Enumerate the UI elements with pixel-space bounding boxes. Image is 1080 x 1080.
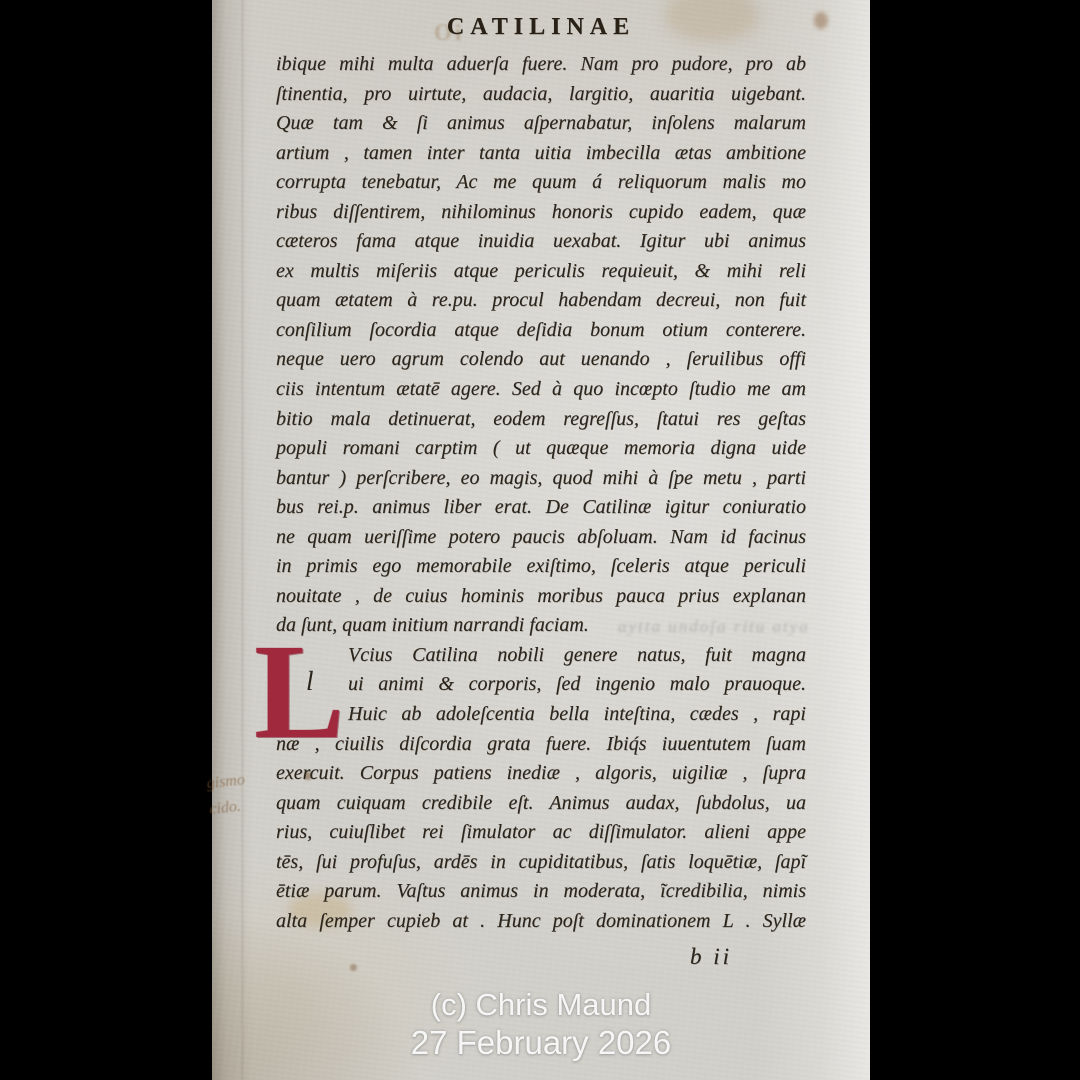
watermark-credit: (c) Chris Maund [212, 987, 870, 1023]
manuscript-marginalia: gismo cido. [205, 765, 270, 823]
text-line: conſilium ſocordia atque deſidia bonum o… [276, 316, 806, 346]
text-line: næ , ciuilis diſcordia grata fuere. Ibiq… [276, 730, 806, 760]
watermark-date: 27 February 2026 [212, 1023, 870, 1063]
showthrough-text: aytta undoſa ritu atya [618, 617, 848, 637]
text-line: ētiæ parum. Vaſtus animus in moderata, ĩ… [276, 877, 806, 907]
text-line: bantur ) perſcribere, eo magis, quod mih… [276, 464, 806, 494]
text-line: in primis ego memorabile exiſtimo, ſcele… [276, 552, 806, 582]
text-line: ex multis miſeriis atque periculis requi… [276, 257, 806, 287]
text-line: artium , tamen inter tanta uitia imbecil… [276, 139, 806, 169]
text-line: corrupta tenebatur, Ac me quum á reliquo… [276, 168, 806, 198]
text-line: bus rei.p. animus liber erat. De Catilin… [276, 493, 806, 523]
text-line: ui animi & corporis, ſed ingenio malo pr… [276, 670, 806, 700]
copyright-watermark: (c) Chris Maund 27 February 2026 [212, 987, 870, 1063]
text-block: ibique mihi multa aduerſa fuere. Nam pro… [276, 50, 806, 936]
text-line: bitio mala detinuerat, eodem regreſſus, … [276, 405, 806, 435]
text-line: cæteros fama atque inuidia uexabat. Igit… [276, 227, 806, 257]
text-line: ciis intentum ætatē agere. Sed à quo inc… [276, 375, 806, 405]
text-line: ribus diſſentirem, nihilominus honoris c… [276, 198, 806, 228]
illuminated-initial-L: L [254, 624, 345, 760]
text-line: Huic ab adoleſcentia bella inteſtina, cæ… [276, 700, 806, 730]
text-line: ne quam ueriſſime potero paucis abſoluam… [276, 523, 806, 553]
text-line: populi romani carptim ( ut quæque memori… [276, 434, 806, 464]
initial-guide-letter: l [306, 666, 314, 697]
text-line: quam cuiquam credibile eſt. Animus audax… [276, 789, 806, 819]
text-line: alta ſemper cupieb at . Hunc poſt domina… [276, 907, 806, 937]
text-line: neque uero agrum colendo aut uenando , ſ… [276, 345, 806, 375]
text-line: nouitate , de cuius hominis moribus pauc… [276, 582, 806, 612]
text-line: quam ætatem à re.pu. procul habendam dec… [276, 286, 806, 316]
book-page-photo: Oi CATILINAE ibique mihi multa aduerſa f… [212, 0, 870, 1080]
text-line: ibique mihi multa aduerſa fuere. Nam pro… [276, 50, 806, 80]
text-line: Vcius Catilina nobili genere natus, fuit… [276, 641, 806, 671]
text-line: ſtinentia, pro uirtute, audacia, largiti… [276, 80, 806, 110]
signature-mark: b ii [690, 944, 732, 970]
paper-crease [240, 0, 245, 1080]
text-line: exercuit. Corpus patiens inediæ , algori… [276, 759, 806, 789]
text-line: tēs, ſui profuſus, ardēs in cupiditatibu… [276, 848, 806, 878]
running-title: CATILINAE [212, 14, 870, 41]
text-line: rius, cuiuſlibet rei ſimulator ac diſſim… [276, 818, 806, 848]
text-line: Quæ tam & ſi animus aſpernabatur, inſole… [276, 109, 806, 139]
